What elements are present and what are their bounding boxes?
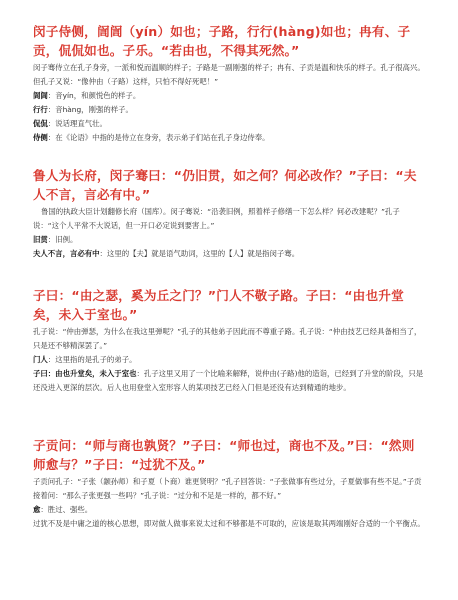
section-3: 子曰：“由之瑟，奚为丘之门？”门人不敬子路。子曰：“由也升堂矣，未入于室也。” … [33, 286, 425, 395]
note-definition: ：这里指的是孔子的弟子。 [48, 355, 137, 364]
section-4: 子贡问：“师与商也孰贤？”子曰：“师也过，商也不及。”曰：“然则师愈与？”子曰：… [33, 436, 425, 531]
note-term: 訚訚 [33, 91, 48, 100]
note-definition: ：旧例。 [48, 235, 78, 244]
note-term: 旧贯 [33, 235, 48, 244]
closing-paragraph: 过犹不及是中庸之道的核心思想，即对做人做事来说太过和不够都是不可取的，应该是取其… [33, 517, 425, 531]
section-2: 鲁人为长府，闵子骞曰：“仍旧贯，如之何？何必改作？”子曰：“夫人不言，言必有中。… [33, 166, 425, 261]
note-term: 侍侧 [33, 133, 48, 142]
note-definition: ：音yín，和颜悦色的样子。 [48, 91, 140, 100]
note-definition: ：胜过、强些。 [40, 505, 92, 514]
note-row: 夫人不言，言必有中：这里的【夫】就是语气助词，这里的【人】就是指闵子骞。 [33, 247, 425, 261]
section-1: 闵子侍侧，訚訚（yín）如也；子路，行行(hàng)如也；冉有、子贡，侃侃如也。… [33, 22, 425, 145]
translation-paragraph: 孔子说：“仲由弹瑟，为什么在我这里弹呢？”孔子的其他弟子因此而不尊重子路。孔子说… [33, 325, 425, 353]
note-row: 訚訚：音yín，和颜悦色的样子。 [33, 89, 425, 103]
note-row: 侍侧：在《论语》中指的是侍立在身旁，表示弟子们站在孔子身边侍奉。 [33, 131, 425, 145]
section-heading: 子贡问：“师与商也孰贤？”子曰：“师也过，商也不及。”曰：“然则师愈与？”子曰：… [33, 436, 425, 474]
note-term: 夫人不言，言必有中 [33, 249, 100, 258]
section-heading: 子曰：“由之瑟，奚为丘之门？”门人不敬子路。子曰：“由也升堂矣，未入于室也。” [33, 286, 425, 324]
note-term: 子曰：由也升堂矣，未入于室也 [33, 369, 136, 378]
note-row: 行行：音hàng，刚强的样子。 [33, 103, 425, 117]
note-row: 子曰：由也升堂矣，未入于室也：孔子这里又用了一个比喻来解释，说仲由(子路)他的造… [33, 367, 425, 395]
note-definition: ：说话理直气壮。 [48, 119, 107, 128]
note-row: 门人：这里指的是孔子的弟子。 [33, 353, 425, 367]
note-definition: ：这里的【夫】就是语气助词，这里的【人】就是指闵子骞。 [100, 249, 300, 258]
document-page: 闵子侍侧，訚訚（yín）如也；子路，行行(hàng)如也；冉有、子贡，侃侃如也。… [0, 0, 458, 600]
note-definition: ：在《论语》中指的是侍立在身旁，表示弟子们站在孔子身边侍奉。 [48, 133, 270, 142]
note-row: 旧贯：旧例。 [33, 233, 425, 247]
note-row: 侃侃：说话理直气壮。 [33, 117, 425, 131]
section-heading: 鲁人为长府，闵子骞曰：“仍旧贯，如之何？何必改作？”子曰：“夫人不言，言必有中。… [33, 166, 425, 204]
note-term: 侃侃 [33, 119, 48, 128]
translation-paragraph: 闵子骞侍立在孔子身旁，一派和悦而温顺的样子；子路是一副刚强的样子；冉有、子贡是温… [33, 61, 425, 89]
note-row: 愈：胜过、强些。 [33, 503, 425, 517]
translation-paragraph: 子贡问孔子：“子张（颛孙师）和子夏（卜商）谁更贤明？”孔子回答说：“子张做事有些… [33, 475, 425, 503]
note-term: 门人 [33, 355, 48, 364]
section-heading: 闵子侍侧，訚訚（yín）如也；子路，行行(hàng)如也；冉有、子贡，侃侃如也。… [33, 22, 425, 60]
note-definition: ：音hàng，刚强的样子。 [48, 105, 133, 114]
note-term: 行行 [33, 105, 48, 114]
translation-paragraph: 鲁国的执政大臣计划翻修长府（国库）。闵子骞说：“沿袭旧例，照着样子修缮一下怎么样… [33, 205, 425, 233]
